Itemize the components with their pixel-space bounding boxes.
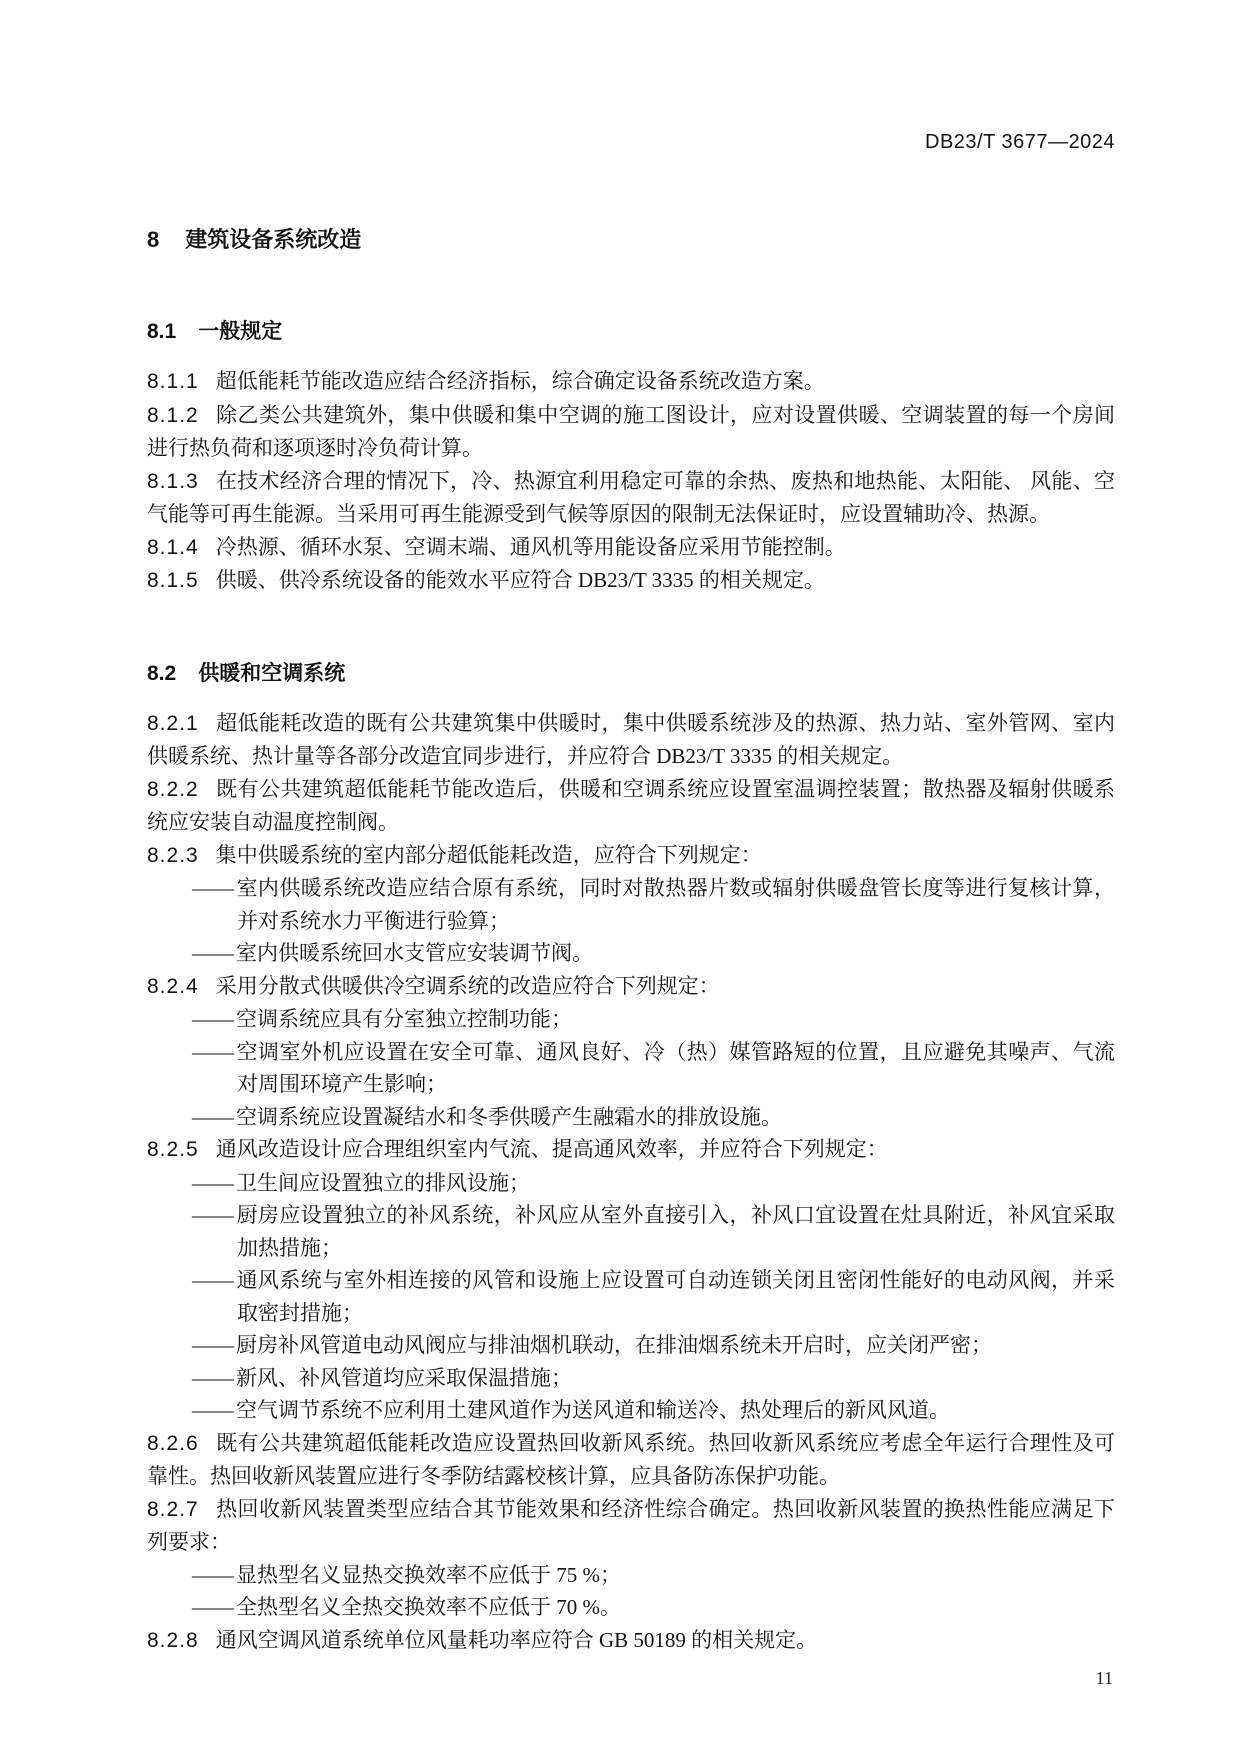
dash-marker: ——	[192, 1333, 234, 1357]
dash-marker: ——	[192, 1563, 234, 1587]
clause-text: 供暖、供冷系统设备的能效水平应符合 DB23/T 3335 的相关规定。	[216, 568, 825, 592]
dash-item: ——空气调节系统不应利用土建风道作为送风道和输送冷、热处理后的新风风道。	[147, 1394, 1115, 1427]
clause-8-1-5: 8.1.5供暖、供冷系统设备的能效水平应符合 DB23/T 3335 的相关规定…	[147, 564, 1115, 598]
dash-item: ——空调室外机应设置在安全可靠、通风良好、冷（热）媒管路短的位置，且应避免其噪声…	[147, 1036, 1115, 1101]
clause-number: 8.1.1	[147, 370, 199, 393]
section-number: 8.1	[147, 320, 176, 343]
dash-item: ——空调系统应设置凝结水和冬季供暖产生融霜水的排放设施。	[147, 1101, 1115, 1134]
dash-item: ——空调系统应具有分室独立控制功能；	[147, 1003, 1115, 1036]
dash-marker: ——	[192, 1007, 234, 1031]
page-number: 11	[147, 1666, 1115, 1690]
clause-8-2-2: 8.2.2既有公共建筑超低能耗节能改造后，供暖和空调系统应设置室温调控装置；散热…	[147, 773, 1115, 839]
dash-item: ——室内供暖系统回水支管应安装调节阀。	[147, 937, 1115, 970]
clause-8-1-4: 8.1.4冷热源、循环水泵、空调末端、通风机等用能设备应采用节能控制。	[147, 531, 1115, 565]
clause-text: 冷热源、循环水泵、空调末端、通风机等用能设备应采用节能控制。	[216, 535, 846, 559]
dash-text: 空调系统应设置凝结水和冬季供暖产生融霜水的排放设施。	[236, 1105, 782, 1129]
chapter-title: 建筑设备系统改造	[185, 227, 361, 252]
document-page: DB23/T 3677—2024 8建筑设备系统改造 8.1一般规定 8.1.1…	[0, 0, 1241, 1754]
clause-number: 8.2.2	[147, 778, 199, 801]
dash-marker: ——	[192, 1366, 234, 1390]
section-number: 8.2	[147, 662, 176, 685]
clause-text: 既有公共建筑超低能耗节能改造后，供暖和空调系统应设置室温调控装置；散热器及辐射供…	[147, 777, 1115, 835]
dash-marker: ——	[192, 1040, 234, 1064]
dash-item: ——全热型名义全热交换效率不应低于 70 %。	[147, 1591, 1115, 1624]
clause-text: 热回收新风装置类型应结合其节能效果和经济性综合确定。热回收新风装置的换热性能应满…	[147, 1497, 1115, 1555]
clause-8-2-8: 8.2.8通风空调风道系统单位风量耗功率应符合 GB 50189 的相关规定。	[147, 1624, 1115, 1658]
dash-item: ——厨房补风管道电动风阀应与排油烟机联动，在排油烟系统未开启时，应关闭严密；	[147, 1329, 1115, 1362]
clause-text: 超低能耗节能改造应结合经济指标，综合确定设备系统改造方案。	[216, 369, 825, 393]
clause-number: 8.1.2	[147, 404, 199, 427]
dash-item: ——卫生间应设置独立的排风设施；	[147, 1167, 1115, 1200]
section-title: 一般规定	[198, 320, 282, 343]
clause-8-2-4: 8.2.4采用分散式供暖供冷空调系统的改造应符合下列规定：	[147, 970, 1115, 1004]
section-heading-8-2: 8.2供暖和空调系统	[147, 658, 1115, 690]
clause-text: 通风改造设计应合理组织室内气流、提高通风效率，并应符合下列规定：	[216, 1137, 888, 1161]
clause-text: 除乙类公共建筑外，集中供暖和集中空调的施工图设计，应对设置供暖、空调装置的每一个…	[147, 403, 1115, 461]
dash-text: 室内供暖系统改造应结合原有系统，同时对散热器片数或辐射供暖盘管长度等进行复核计算…	[236, 876, 1115, 933]
dash-marker: ——	[192, 1595, 234, 1619]
dash-item: ——新风、补风管道均应采取保温措施；	[147, 1362, 1115, 1395]
clause-8-1-1: 8.1.1超低能耗节能改造应结合经济指标，综合确定设备系统改造方案。	[147, 365, 1115, 399]
clause-number: 8.1.4	[147, 536, 199, 559]
dash-text: 新风、补风管道均应采取保温措施；	[236, 1366, 572, 1390]
clause-number: 8.2.5	[147, 1138, 199, 1161]
dash-marker: ——	[192, 1171, 234, 1195]
clause-number: 8.2.1	[147, 712, 199, 735]
clause-text: 超低能耗改造的既有公共建筑集中供暖时，集中供暖系统涉及的热源、热力站、室外管网、…	[147, 711, 1115, 769]
dash-text: 室内供暖系统回水支管应安装调节阀。	[236, 941, 593, 965]
clause-text: 在技术经济合理的情况下，冷、热源宜利用稳定可靠的余热、废热和地热能、太阳能、 风…	[147, 469, 1115, 527]
dash-marker: ——	[192, 876, 234, 900]
dash-marker: ——	[192, 941, 234, 965]
dash-text: 通风系统与室外相连接的风管和设施上应设置可自动连锁关闭且密闭性能好的电动风阀，并…	[236, 1268, 1115, 1325]
clause-number: 8.1.5	[147, 569, 199, 592]
clause-text: 通风空调风道系统单位风量耗功率应符合 GB 50189 的相关规定。	[216, 1628, 817, 1652]
dash-marker: ——	[192, 1105, 234, 1129]
clause-number: 8.1.3	[147, 470, 199, 493]
section-title: 供暖和空调系统	[198, 662, 345, 685]
dash-text: 显热型名义显热交换效率不应低于 75 %；	[236, 1563, 621, 1587]
clause-8-2-6: 8.2.6既有公共建筑超低能耗改造应设置热回收新风系统。热回收新风系统应考虑全年…	[147, 1427, 1115, 1493]
clause-8-2-3: 8.2.3集中供暖系统的室内部分超低能耗改造，应符合下列规定：	[147, 839, 1115, 873]
clause-8-2-5: 8.2.5通风改造设计应合理组织室内气流、提高通风效率，并应符合下列规定：	[147, 1133, 1115, 1167]
clause-number: 8.2.7	[147, 1498, 199, 1521]
clause-number: 8.2.8	[147, 1629, 199, 1652]
dash-item: ——室内供暖系统改造应结合原有系统，同时对散热器片数或辐射供暖盘管长度等进行复核…	[147, 872, 1115, 937]
dash-item: ——通风系统与室外相连接的风管和设施上应设置可自动连锁关闭且密闭性能好的电动风阀…	[147, 1264, 1115, 1329]
dash-item: ——显热型名义显热交换效率不应低于 75 %；	[147, 1559, 1115, 1592]
doc-code: DB23/T 3677—2024	[147, 130, 1115, 154]
clause-8-1-3: 8.1.3在技术经济合理的情况下，冷、热源宜利用稳定可靠的余热、废热和地热能、太…	[147, 465, 1115, 531]
clause-8-2-1: 8.2.1超低能耗改造的既有公共建筑集中供暖时，集中供暖系统涉及的热源、热力站、…	[147, 707, 1115, 773]
clause-8-2-7: 8.2.7热回收新风装置类型应结合其节能效果和经济性综合确定。热回收新风装置的换…	[147, 1493, 1115, 1559]
clause-text: 集中供暖系统的室内部分超低能耗改造，应符合下列规定：	[216, 843, 762, 867]
dash-text: 全热型名义全热交换效率不应低于 70 %。	[236, 1595, 621, 1619]
dash-text: 空气调节系统不应利用土建风道作为送风道和输送冷、热处理后的新风风道。	[236, 1398, 950, 1422]
dash-text: 空调室外机应设置在安全可靠、通风良好、冷（热）媒管路短的位置，且应避免其噪声、气…	[236, 1040, 1115, 1097]
clause-text: 采用分散式供暖供冷空调系统的改造应符合下列规定：	[216, 974, 720, 998]
dash-text: 厨房应设置独立的补风系统，补风应从室外直接引入，补风口宜设置在灶具附近，补风宜采…	[236, 1203, 1115, 1260]
dash-marker: ——	[192, 1268, 234, 1292]
dash-marker: ——	[192, 1203, 234, 1227]
chapter-heading: 8建筑设备系统改造	[147, 224, 1115, 256]
dash-text: 厨房补风管道电动风阀应与排油烟机联动，在排油烟系统未开启时，应关闭严密；	[236, 1333, 992, 1357]
dash-text: 卫生间应设置独立的排风设施；	[236, 1171, 530, 1195]
clause-8-1-2: 8.1.2除乙类公共建筑外，集中供暖和集中空调的施工图设计，应对设置供暖、空调装…	[147, 399, 1115, 465]
dash-text: 空调系统应具有分室独立控制功能；	[236, 1007, 572, 1031]
section-heading-8-1: 8.1一般规定	[147, 316, 1115, 348]
clause-text: 既有公共建筑超低能耗改造应设置热回收新风系统。热回收新风系统应考虑全年运行合理性…	[147, 1431, 1115, 1489]
clause-number: 8.2.4	[147, 975, 199, 998]
chapter-number: 8	[147, 227, 159, 252]
clause-number: 8.2.6	[147, 1432, 199, 1455]
clause-number: 8.2.3	[147, 844, 199, 867]
dash-marker: ——	[192, 1398, 234, 1422]
dash-item: ——厨房应设置独立的补风系统，补风应从室外直接引入，补风口宜设置在灶具附近，补风…	[147, 1199, 1115, 1264]
